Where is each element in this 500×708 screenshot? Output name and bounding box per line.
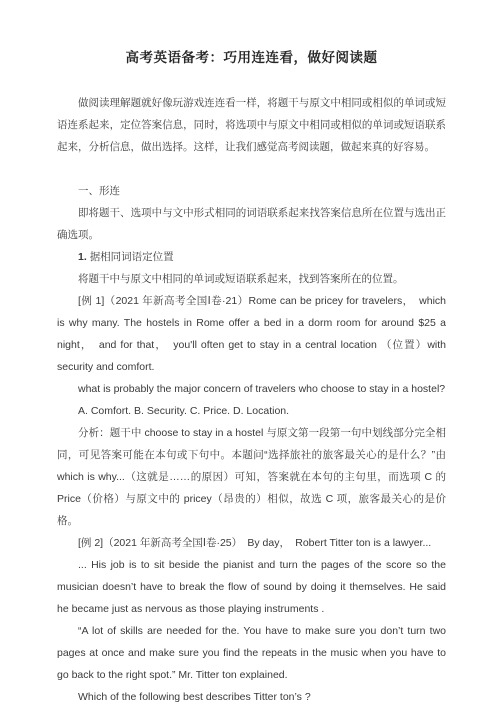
example2-passage1: ... His job is to sit beside the pianist…: [57, 554, 446, 620]
example2-passage2: “A lot of skills are needed for the. You…: [57, 620, 446, 686]
document-page: 高考英语备考：巧用连连看，做好阅读题 做阅读理解题就好像玩游戏连连看一样，将题干…: [0, 0, 500, 708]
example2-question: Which of the following best describes Ti…: [57, 686, 446, 708]
section1-heading: 一、形连: [57, 180, 446, 202]
document-title: 高考英语备考：巧用连连看，做好阅读题: [57, 46, 446, 66]
example1-question: what is probably the major concern of tr…: [57, 378, 446, 400]
example1-passage: [例 1]（2021 年新高考全国Ⅰ卷·21）Rome can be price…: [57, 290, 446, 378]
example1-analysis: 分析：题干中 choose to stay in a hostel 与原文第一段…: [57, 422, 446, 532]
point1-title: 据相同词语定位置: [90, 251, 174, 263]
point1-number: 1.: [78, 251, 87, 263]
point1-heading: 1. 据相同词语定位置: [57, 246, 446, 268]
example1-options: A. Comfort. B. Security. C. Price. D. Lo…: [57, 400, 446, 422]
intro-paragraph: 做阅读理解题就好像玩游戏连连看一样，将题干与原文中相同或相似的单词或短语连系起来…: [57, 92, 446, 158]
section1-description: 即将题干、选项中与文中形式相同的词语联系起来找答案信息所在位置与选出正确选项。: [57, 202, 446, 246]
example2-intro-line: [例 2]（2021 年新高考全国Ⅰ卷·25） By day， Robert T…: [57, 532, 446, 554]
point1-description: 将题干中与原文中相同的单词或短语联系起来，找到答案所在的位置。: [57, 268, 446, 290]
blank-line: [57, 158, 446, 180]
